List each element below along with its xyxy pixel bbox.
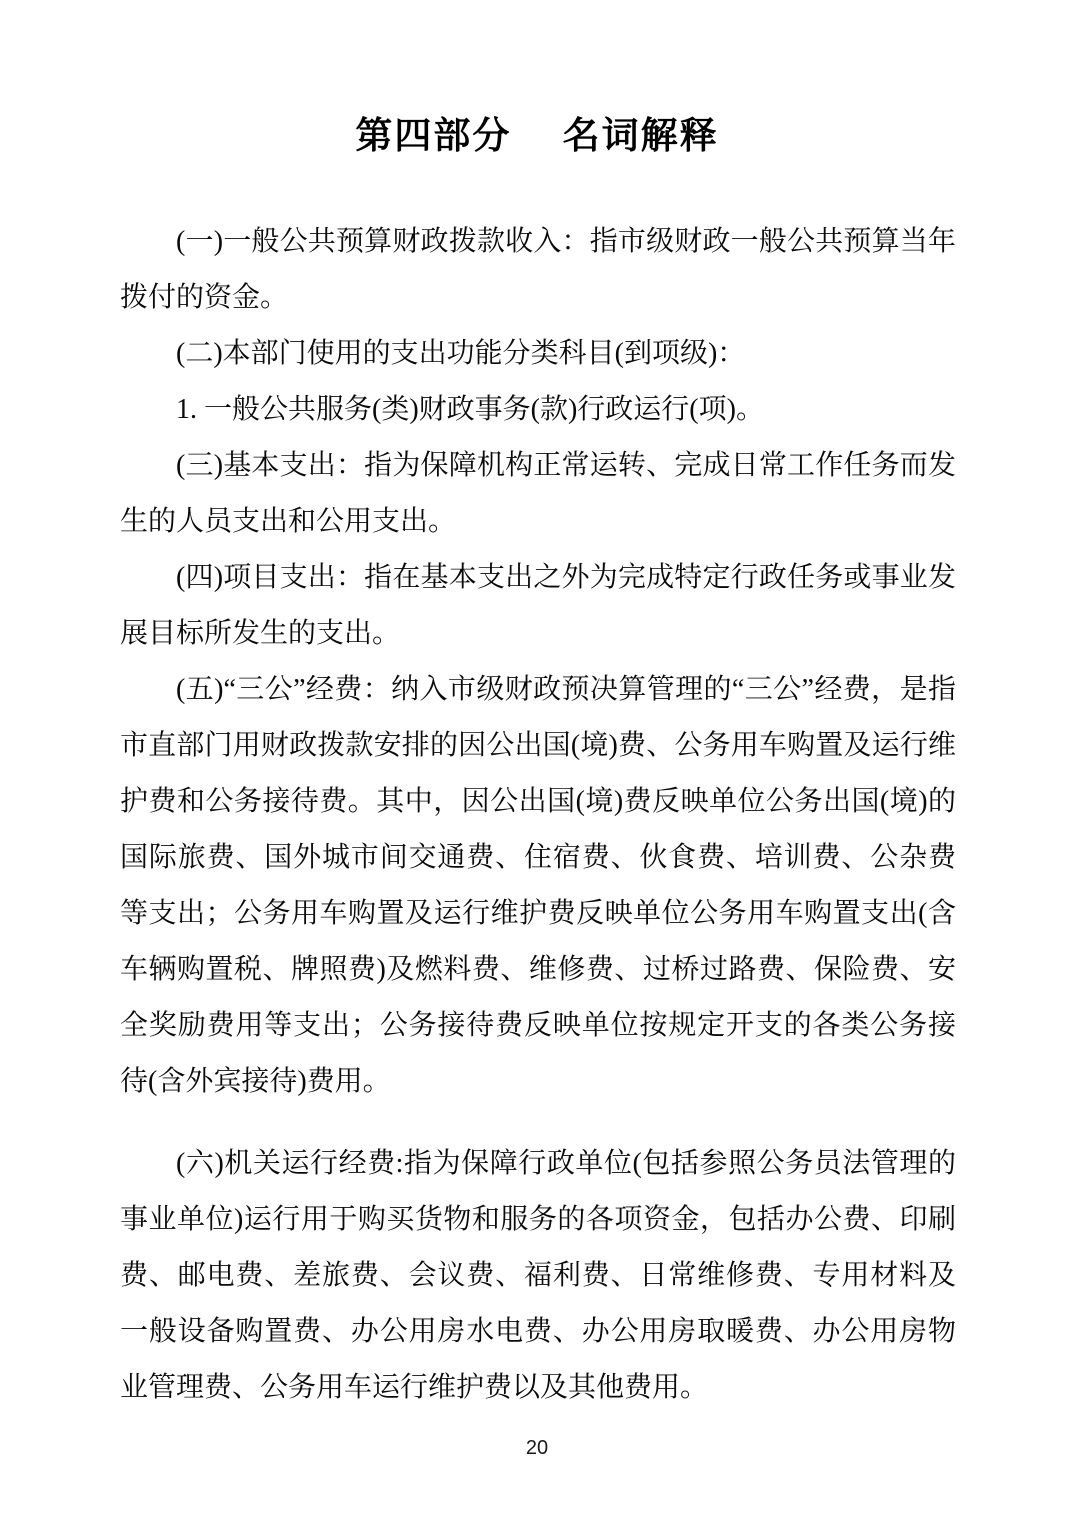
paragraph-agency-operating-expenses: (六)机关运行经费:指为保障行政单位(包括参照公务员法管理的事业单位)运行用于购… xyxy=(120,1136,956,1416)
paragraph-basic-expenditure: (三)基本支出：指为保障机构正常运转、完成日常工作任务而发生的人员支出和公用支出… xyxy=(120,438,956,550)
paragraph-three-public-expenses: (五)“三公”经费：纳入市级财政预决算管理的“三公”经费，是指市直部门用财政拨款… xyxy=(120,662,956,1110)
document-body: (一)一般公共预算财政拨款收入：指市级财政一般公共预算当年拨付的资金。 (二)本… xyxy=(120,214,956,1416)
page-number: 20 xyxy=(0,1437,1074,1460)
page-title: 第四部分 名词解释 xyxy=(0,0,1074,162)
paragraph-category-item-1: 1. 一般公共服务(类)财政事务(款)行政运行(项)。 xyxy=(120,382,956,438)
document-page: 第四部分 名词解释 (一)一般公共预算财政拨款收入：指市级财政一般公共预算当年拨… xyxy=(0,0,1074,1520)
paragraph-expenditure-function-categories: (二)本部门使用的支出功能分类科目(到项级)： xyxy=(120,326,956,382)
paragraph-general-public-budget-income: (一)一般公共预算财政拨款收入：指市级财政一般公共预算当年拨付的资金。 xyxy=(120,214,956,326)
paragraph-project-expenditure: (四)项目支出：指在基本支出之外为完成特定行政任务或事业发展目标所发生的支出。 xyxy=(120,550,956,662)
